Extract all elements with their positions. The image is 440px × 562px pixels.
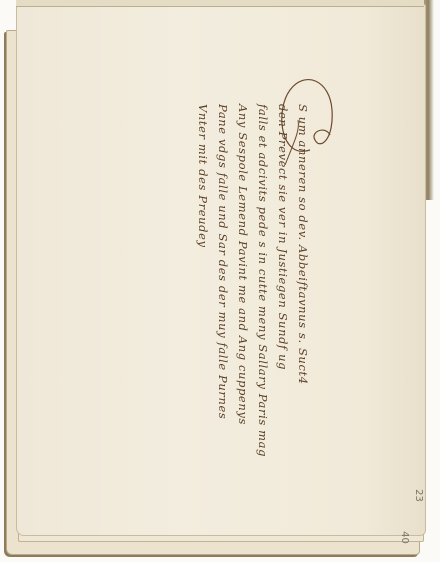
- text-line: Pane vdgs falle und Sar des der muy fall…: [213, 104, 233, 457]
- text-line: S um anneren so dev. Abbeiftavnus s. Suc…: [293, 104, 313, 457]
- text-line: Vnter mit des Preudey: [193, 104, 213, 457]
- handwritten-text: S um anneren so dev. Abbeiftavnus s. Suc…: [193, 104, 313, 457]
- text-line: Any Sespole Lemend Pavint me and Ang cup…: [233, 104, 253, 457]
- text-line: falls et adcivits pede s in cutte meny S…: [253, 104, 273, 457]
- text-line: den Prevect sie ver in Justiegen Sundf u…: [273, 104, 293, 457]
- folio-number-lower: 40: [399, 531, 410, 544]
- folio-number: 23: [413, 489, 424, 502]
- top-fold: [16, 0, 424, 7]
